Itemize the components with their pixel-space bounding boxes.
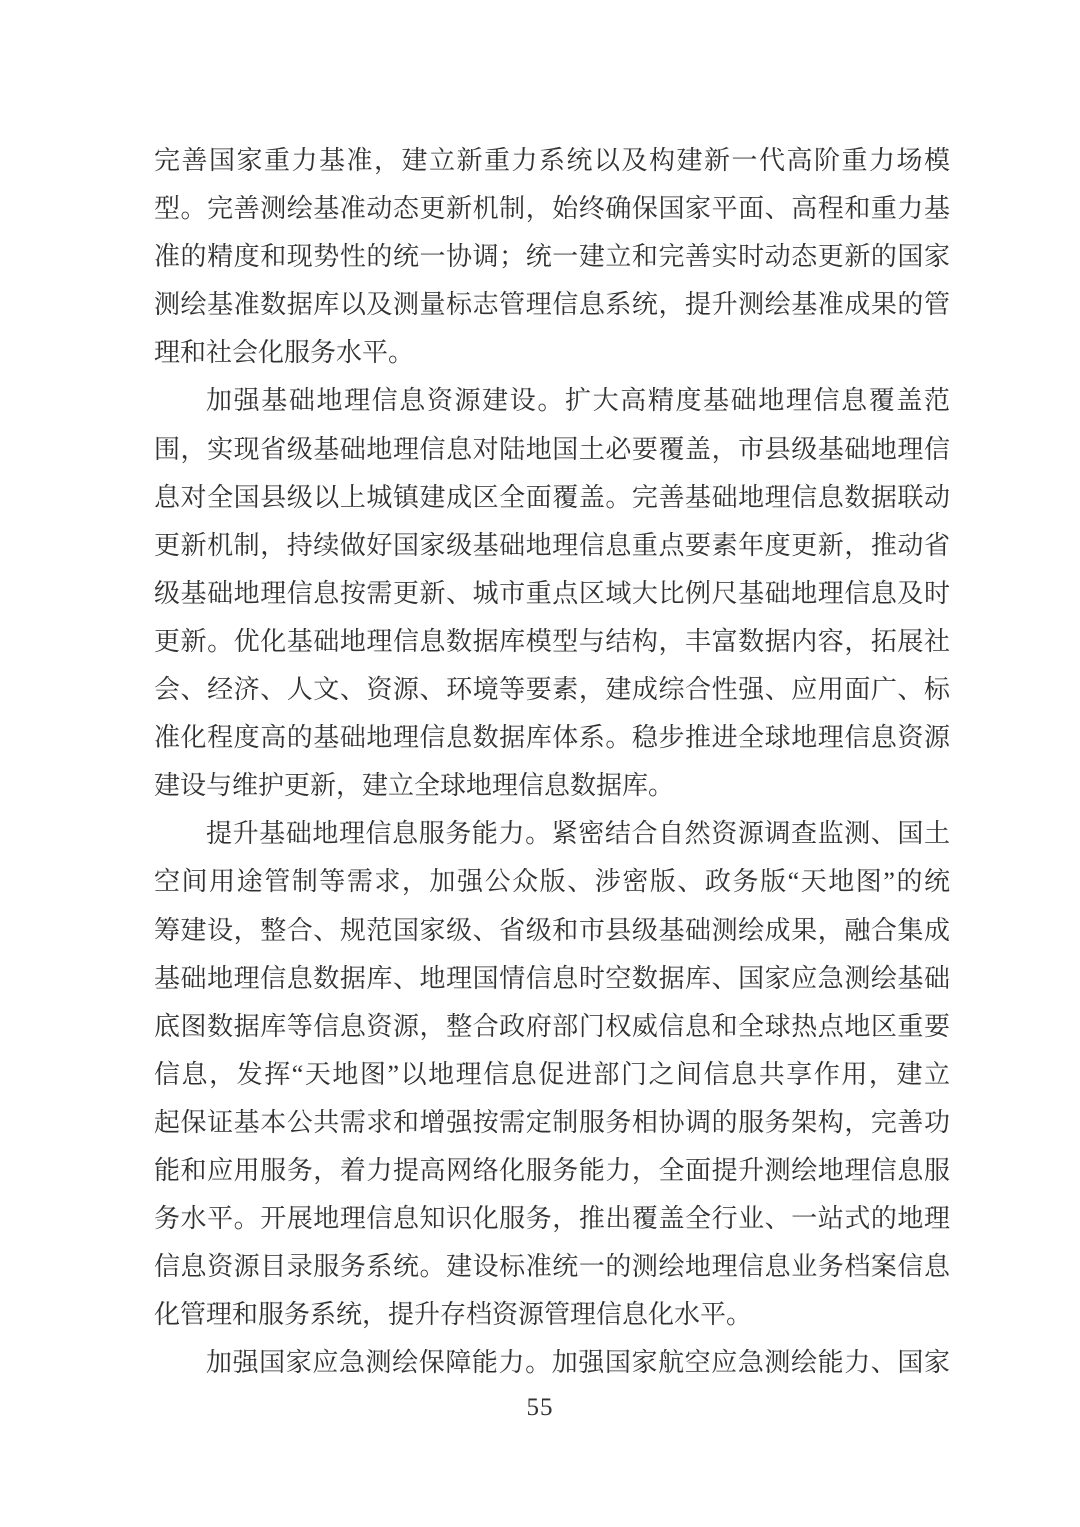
text-line: 型。完善测绘基准动态更新机制，始终确保国家平面、高程和重力基 xyxy=(154,185,950,233)
text-line: 会、经济、人文、资源、环境等要素，建成综合性强、应用面广、标 xyxy=(154,666,950,714)
text-line: 信息资源目录服务系统。建设标准统一的测绘地理信息业务档案信息 xyxy=(154,1243,950,1291)
text-line: 息对全国县级以上城镇建成区全面覆盖。完善基础地理信息数据联动 xyxy=(154,474,950,522)
text-line: 更新机制，持续做好国家级基础地理信息重点要素年度更新，推动省 xyxy=(154,522,950,570)
page-number: 55 xyxy=(0,1394,1080,1422)
text-line: 加强基础地理信息资源建设。扩大高精度基础地理信息覆盖范 xyxy=(154,377,950,425)
text-line: 能和应用服务，着力提高网络化服务能力，全面提升测绘地理信息服 xyxy=(154,1147,950,1195)
text-line: 提升基础地理信息服务能力。紧密结合自然资源调查监测、国土 xyxy=(154,810,950,858)
document-page: 完善国家重力基准，建立新重力系统以及构建新一代高阶重力场模型。完善测绘基准动态更… xyxy=(0,0,1080,1527)
text-line: 筹建设，整合、规范国家级、省级和市县级基础测绘成果，融合集成 xyxy=(154,907,950,955)
text-line: 化管理和服务系统，提升存档资源管理信息化水平。 xyxy=(154,1291,950,1339)
text-line: 基础地理信息数据库、地理国情信息时空数据库、国家应急测绘基础 xyxy=(154,955,950,1003)
text-line: 完善国家重力基准，建立新重力系统以及构建新一代高阶重力场模 xyxy=(154,137,950,185)
text-line: 底图数据库等信息资源，整合政府部门权威信息和全球热点地区重要 xyxy=(154,1003,950,1051)
text-line: 更新。优化基础地理信息数据库模型与结构，丰富数据内容，拓展社 xyxy=(154,618,950,666)
document-body: 完善国家重力基准，建立新重力系统以及构建新一代高阶重力场模型。完善测绘基准动态更… xyxy=(154,137,950,1387)
text-line: 务水平。开展地理信息知识化服务，推出覆盖全行业、一站式的地理 xyxy=(154,1195,950,1243)
text-line: 级基础地理信息按需更新、城市重点区域大比例尺基础地理信息及时 xyxy=(154,570,950,618)
text-line: 准的精度和现势性的统一协调；统一建立和完善实时动态更新的国家 xyxy=(154,233,950,281)
text-line: 加强国家应急测绘保障能力。加强国家航空应急测绘能力、国家 xyxy=(154,1339,950,1387)
paragraph: 加强国家应急测绘保障能力。加强国家航空应急测绘能力、国家 xyxy=(154,1339,950,1387)
text-line: 建设与维护更新，建立全球地理信息数据库。 xyxy=(154,762,950,810)
paragraph: 提升基础地理信息服务能力。紧密结合自然资源调查监测、国土空间用途管制等需求，加强… xyxy=(154,810,950,1339)
text-line: 空间用途管制等需求，加强公众版、涉密版、政务版“天地图”的统 xyxy=(154,858,950,906)
paragraph: 加强基础地理信息资源建设。扩大高精度基础地理信息覆盖范围，实现省级基础地理信息对… xyxy=(154,377,950,810)
text-line: 起保证基本公共需求和增强按需定制服务相协调的服务架构，完善功 xyxy=(154,1099,950,1147)
paragraph: 完善国家重力基准，建立新重力系统以及构建新一代高阶重力场模型。完善测绘基准动态更… xyxy=(154,137,950,377)
text-line: 信息，发挥“天地图”以地理信息促进部门之间信息共享作用，建立 xyxy=(154,1051,950,1099)
text-line: 测绘基准数据库以及测量标志管理信息系统，提升测绘基准成果的管 xyxy=(154,281,950,329)
text-line: 围，实现省级基础地理信息对陆地国土必要覆盖，市县级基础地理信 xyxy=(154,426,950,474)
text-line: 准化程度高的基础地理信息数据库体系。稳步推进全球地理信息资源 xyxy=(154,714,950,762)
text-line: 理和社会化服务水平。 xyxy=(154,329,950,377)
